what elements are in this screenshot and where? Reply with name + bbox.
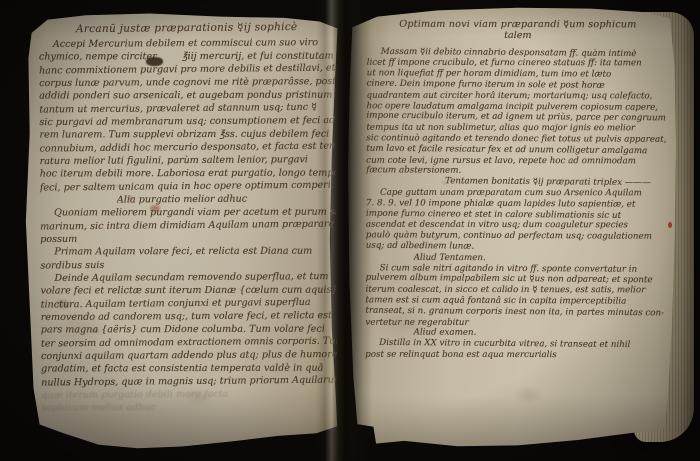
- manuscript-line: vertetur ne regerabitur: [365, 317, 667, 328]
- manuscript-line: quadrantem aut circiter horâ iterum; mor…: [366, 90, 668, 101]
- manuscript-line: tempus ita ut non sublimetur, alias quo …: [366, 123, 668, 134]
- manuscript-line: Alia purgatio melior adhuc: [117, 192, 336, 207]
- manuscript-line: sophicum melius adhuc: [41, 401, 337, 415]
- manuscript-line: usq; ad albedinem lunæ.: [366, 241, 668, 255]
- manuscript-line: ascendat et descendat in vitro usq; dum …: [366, 220, 668, 231]
- manuscript-line: iterum coalescat, in sicco et calido in …: [365, 285, 667, 296]
- manuscript-line: Cape guttam unam præparatam cum suo Arse…: [366, 188, 668, 199]
- manuscript-line: Arcanū justæ præparationis ☿ij sophicè: [39, 21, 335, 37]
- left-page-handwriting: Arcanū justæ præparationis ☿ij sophicèAc…: [39, 21, 338, 415]
- photo-background: Arcanū justæ præparationis ☿ij sophicèAc…: [0, 0, 700, 461]
- manuscript-line: Aliud Tentamen.: [414, 253, 668, 264]
- manuscript-line: talem: [367, 30, 669, 42]
- manuscript-line: licet ff impone crucibulo, et furno cine…: [367, 58, 669, 69]
- manuscript-line: post se relinquat bona est aqua mercuria…: [365, 350, 667, 361]
- right-page-handwriting: Optimam novi viam præparandi ☿um sophicu…: [365, 19, 669, 361]
- manuscript-line: cum cote levi, igne rursus et lavo, repe…: [366, 155, 668, 166]
- manuscript-line: Optimam novi viam præparandi ☿um sophicu…: [367, 20, 669, 31]
